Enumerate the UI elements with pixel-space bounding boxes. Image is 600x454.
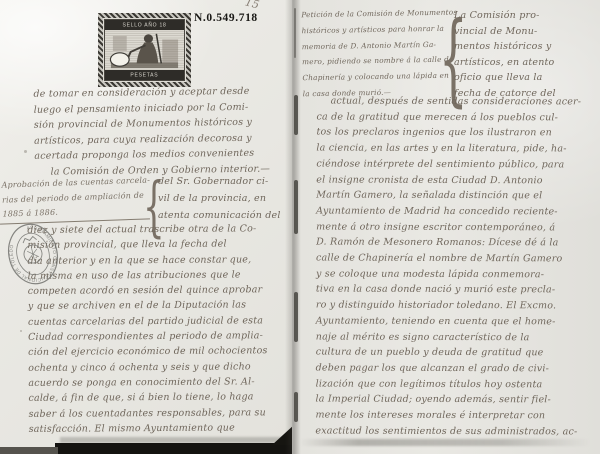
handwritten-line: diez y siete del actual trascribe otra d… (27, 221, 293, 238)
scan-streak (300, 439, 590, 446)
stamp-engraving (105, 30, 184, 70)
handwritten-line: mente los intereses morales é interpreta… (315, 408, 595, 425)
handwritten-line: tos los preclaros ingenios que los ilust… (316, 125, 596, 142)
handwritten-line: cultura de un pueblo y deuda de gratitud… (316, 345, 596, 362)
serial-number: N.0.549.718 (194, 12, 258, 24)
margin-docket-note: Aprobación de las cuentas carcela- rias … (1, 173, 154, 222)
left-opening-paragraph: de tomar en consideración y aceptar desd… (33, 83, 292, 180)
handwritten-line: Ayuntamiento de Madrid ha concedido reci… (316, 203, 596, 220)
right-body-paragraph: actual, después de sentidas consideracio… (315, 94, 596, 440)
handwritten-line: lización que con legítimos títulos hoy o… (316, 376, 596, 393)
scanned-document: SELLO AÑO 18 (0, 0, 600, 454)
handwritten-line: la ciencia, en las artes y en la literat… (316, 141, 596, 158)
handwritten-line: del Sr. Gobernador ci- (158, 173, 292, 190)
handwritten-line: la misma en uso de las atribuciones que … (28, 267, 294, 284)
handwritten-line: acuerdo se ponga en conocimiento del Sr.… (28, 374, 294, 391)
handwritten-line: ca de la gratitud que merecen á los pueb… (316, 109, 596, 126)
handwritten-line: exactitud los sentimientos de sus admini… (315, 423, 595, 440)
handwritten-line: ciéndose intérprete del sentimiento públ… (316, 156, 596, 173)
left-body-paragraph: diez y siete del actual trascribe otra d… (27, 221, 294, 437)
right-summary-column: Petición de la Comisión de Monumentos hi… (301, 5, 445, 102)
handwritten-line: deben pagar los que alcanzan el grado de… (316, 360, 596, 377)
handwritten-line: naje al mérito es signo característico d… (316, 329, 596, 346)
handwritten-line: actual, después de sentidas consideracio… (317, 94, 597, 111)
left-side-lines: del Sr. Gobernador ci- vil de la provinc… (158, 173, 292, 224)
handwritten-line: saber á los cuentadantes responsables, p… (29, 405, 295, 422)
right-side-column: La Comisión pro- vincial de Monu- mentos… (454, 8, 594, 101)
handwritten-line: oficio que lleva la (454, 70, 594, 86)
left-page: SELLO AÑO 18 (0, 0, 292, 454)
handwritten-line: día anterior y en la que se hace constar… (27, 252, 293, 269)
handwritten-line: la Imperial Ciudad; oyendo además, senti… (316, 392, 596, 409)
handwritten-line: artísticos, en atento (454, 55, 594, 71)
handwritten-line: el insigne cronista de esta Ciudad D. An… (316, 172, 596, 189)
handwritten-line: Martín Gamero, la señalada distinción qu… (316, 188, 596, 205)
handwritten-line: La Comisión pro- (454, 8, 594, 24)
book-gutter-shadow (285, 0, 301, 454)
handwritten-line: tiva en la casa donde nació y murió este… (316, 282, 596, 299)
seated-figure-icon (105, 30, 184, 70)
ink-speck (20, 330, 22, 332)
handwritten-line: D. Ramón de Mesonero Romanos: Dícese dé … (316, 235, 596, 252)
folio-number: 15 (244, 0, 261, 12)
handwritten-line: históricos y artísticos para honrar la (301, 21, 443, 39)
stamp-top-label: SELLO AÑO 18 (123, 22, 167, 27)
handwritten-line: competen acordó en sesión del quince apr… (28, 282, 294, 299)
handwritten-line: Ayuntamiento, teniendo en cuenta que el … (316, 313, 596, 330)
handwritten-line: vil de la provincia, en (158, 190, 292, 207)
handwritten-line: ro y distinguido historiador toledano. E… (316, 298, 596, 315)
fiscal-stamp-frame: SELLO AÑO 18 (104, 19, 185, 81)
right-page: Petición de la Comisión de Monumentos hi… (292, 0, 600, 454)
handwritten-line: vincial de Monu- (454, 24, 594, 40)
fiscal-stamp: SELLO AÑO 18 (98, 13, 191, 87)
handwritten-line: misión provincial, que lleva la fecha de… (27, 236, 293, 253)
handwritten-line: ción del ejercicio económico de mil ocho… (28, 343, 294, 360)
scan-black-bar (55, 443, 293, 454)
handwritten-line: calle de Chapinería el nombre de Martín … (316, 251, 596, 268)
ink-speck (24, 150, 27, 153)
handwritten-line: satisfacción. El mismo Ayuntamiento que (29, 420, 295, 437)
stamp-bottom-band: PESETAS (105, 70, 184, 80)
stamp-top-band: SELLO AÑO 18 (105, 20, 184, 30)
scan-gray-bar (0, 447, 58, 454)
handwritten-line: Chapinería y colocando una lápida en (302, 68, 444, 86)
handwritten-line: mentos históricos y (454, 39, 594, 55)
handwritten-line: mente á otro insigne escritor contemporá… (316, 219, 596, 236)
handwritten-line: y se coloque una modesta lápida conmemor… (316, 266, 596, 283)
stamp-denomination-label: PESETAS (131, 72, 159, 77)
